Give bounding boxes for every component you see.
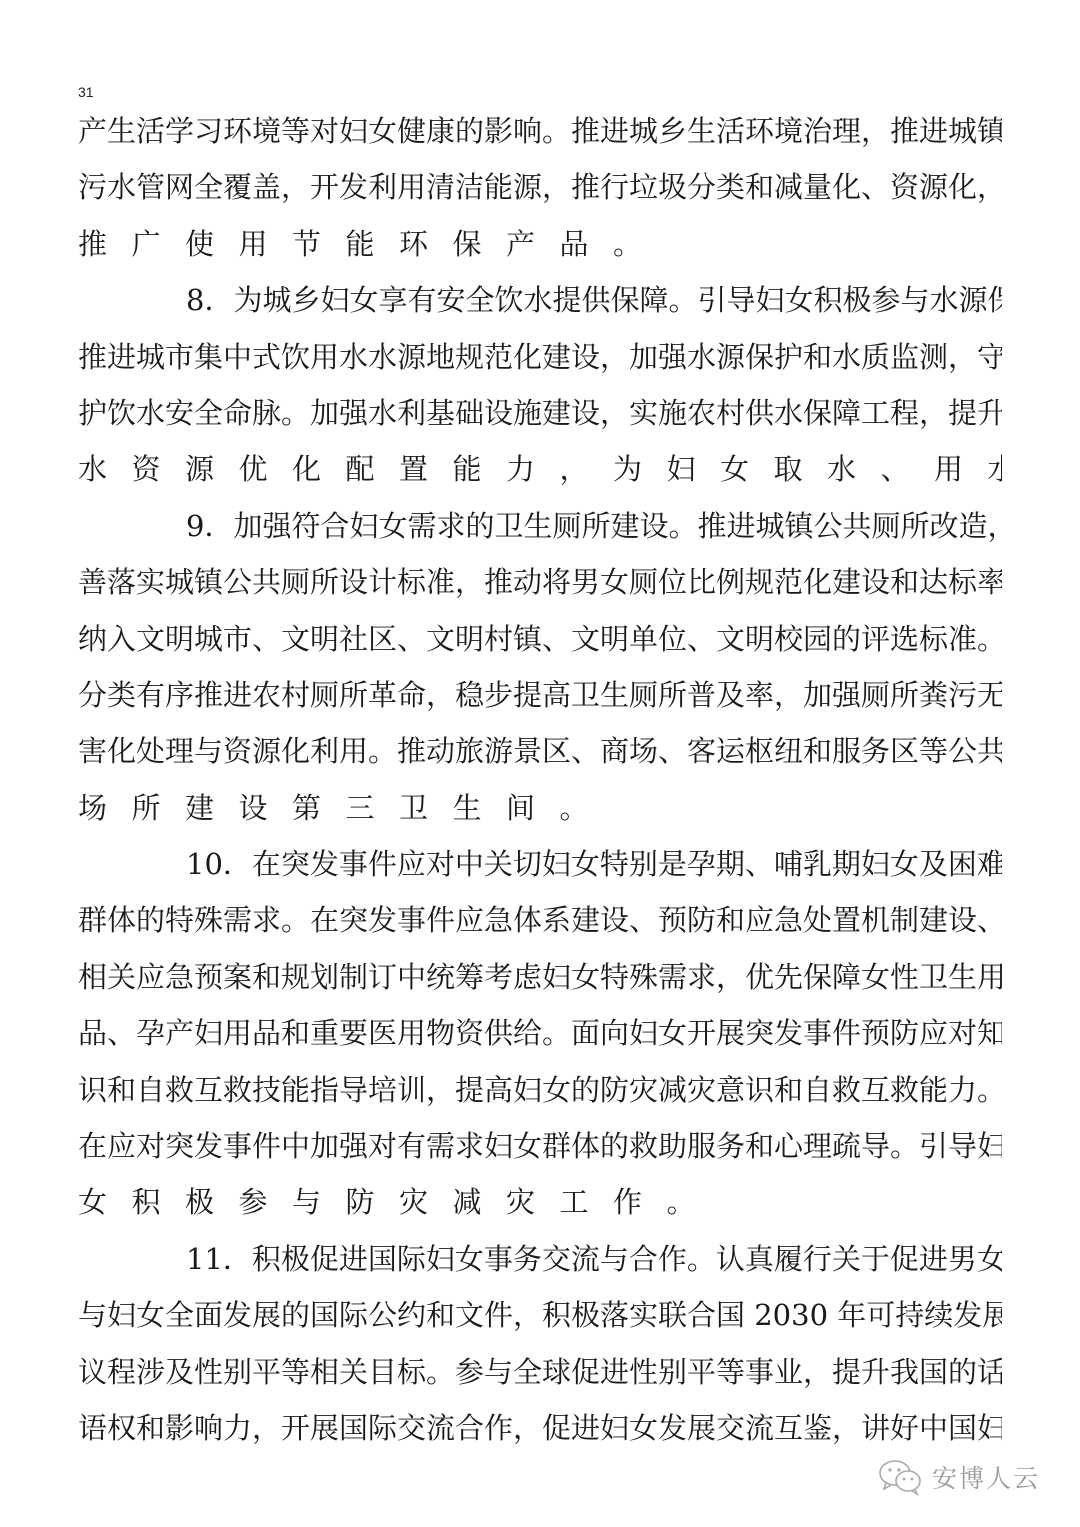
text-line: 女积极参与防灾减灾工作。 <box>78 1181 1002 1237</box>
text-line: 识和自救互救技能指导培训，提高妇女的防灾减灾意识和自救互救能力。 <box>78 1069 1002 1125</box>
text-line: 水资源优化配置能力，为妇女取水、用水提供便利。 <box>78 448 1002 504</box>
text-line: 相关应急预案和规划制订中统筹考虑妇女特殊需求，优先保障女性卫生用 <box>78 956 1002 1012</box>
document-body: 产生活学习环境等对妇女健康的影响。推进城乡生活环境治理，推进城镇 污水管网全覆盖… <box>78 110 1008 1463</box>
text-line: 纳入文明城市、文明社区、文明村镇、文明单位、文明校园的评选标准。 <box>78 618 1002 674</box>
text-line: 推广使用节能环保产品。 <box>78 223 1002 279</box>
text-line: 场所建设第三卫生间。 <box>78 787 1002 843</box>
text-line: 污水管网全覆盖，开发利用清洁能源，推行垃圾分类和减量化、资源化， <box>78 166 1002 222</box>
text-line: 品、孕产妇用品和重要医用物资供给。面向妇女开展突发事件预防应对知 <box>78 1012 1002 1068</box>
page-number: 31 <box>78 83 94 101</box>
text-line: 护饮水安全命脉。加强水利基础设施建设，实施农村供水保障工程，提升 <box>78 392 1002 448</box>
watermark-text: 安博人云 <box>932 1459 1040 1495</box>
paragraph-9-heading-line: 9．加强符合妇女需求的卫生厕所建设。推进城镇公共厕所改造，完 <box>78 505 1002 561</box>
watermark: 安博人云 <box>878 1458 1040 1496</box>
text-line: 分类有序推进农村厕所革命，稳步提高卫生厕所普及率，加强厕所粪污无 <box>78 674 1002 730</box>
text-line: 产生活学习环境等对妇女健康的影响。推进城乡生活环境治理，推进城镇 <box>78 110 1002 166</box>
text-line: 推进城市集中式饮用水水源地规范化建设，加强水源保护和水质监测，守 <box>78 336 1002 392</box>
paragraph-8-heading-line: 8．为城乡妇女享有安全饮水提供保障。引导妇女积极参与水源保护。 <box>78 279 1002 335</box>
paragraph-11-heading-line: 11．积极促进国际妇女事务交流与合作。认真履行关于促进男女平等 <box>78 1238 1002 1294</box>
text-line: 议程涉及性别平等相关目标。参与全球促进性别平等事业，提升我国的话 <box>78 1351 1002 1407</box>
paragraph-10-heading-line: 10．在突发事件应对中关切妇女特别是孕期、哺乳期妇女及困难妇女 <box>78 843 1002 899</box>
text-line: 在应对突发事件中加强对有需求妇女群体的救助服务和心理疏导。引导妇 <box>78 1125 1002 1181</box>
text-line: 害化处理与资源化利用。推动旅游景区、商场、客运枢纽和服务区等公共 <box>78 730 1002 786</box>
text-line: 语权和影响力，开展国际交流合作，促进妇女发展交流互鉴，讲好中国妇 <box>78 1407 1002 1463</box>
wechat-icon <box>878 1458 924 1496</box>
text-line: 与妇女全面发展的国际公约和文件，积极落实联合国 2030 年可持续发展 <box>78 1294 1002 1350</box>
text-line: 善落实城镇公共厕所设计标准，推动将男女厕位比例规范化建设和达标率 <box>78 561 1002 617</box>
text-line: 群体的特殊需求。在突发事件应急体系建设、预防和应急处置机制建设、 <box>78 899 1002 955</box>
